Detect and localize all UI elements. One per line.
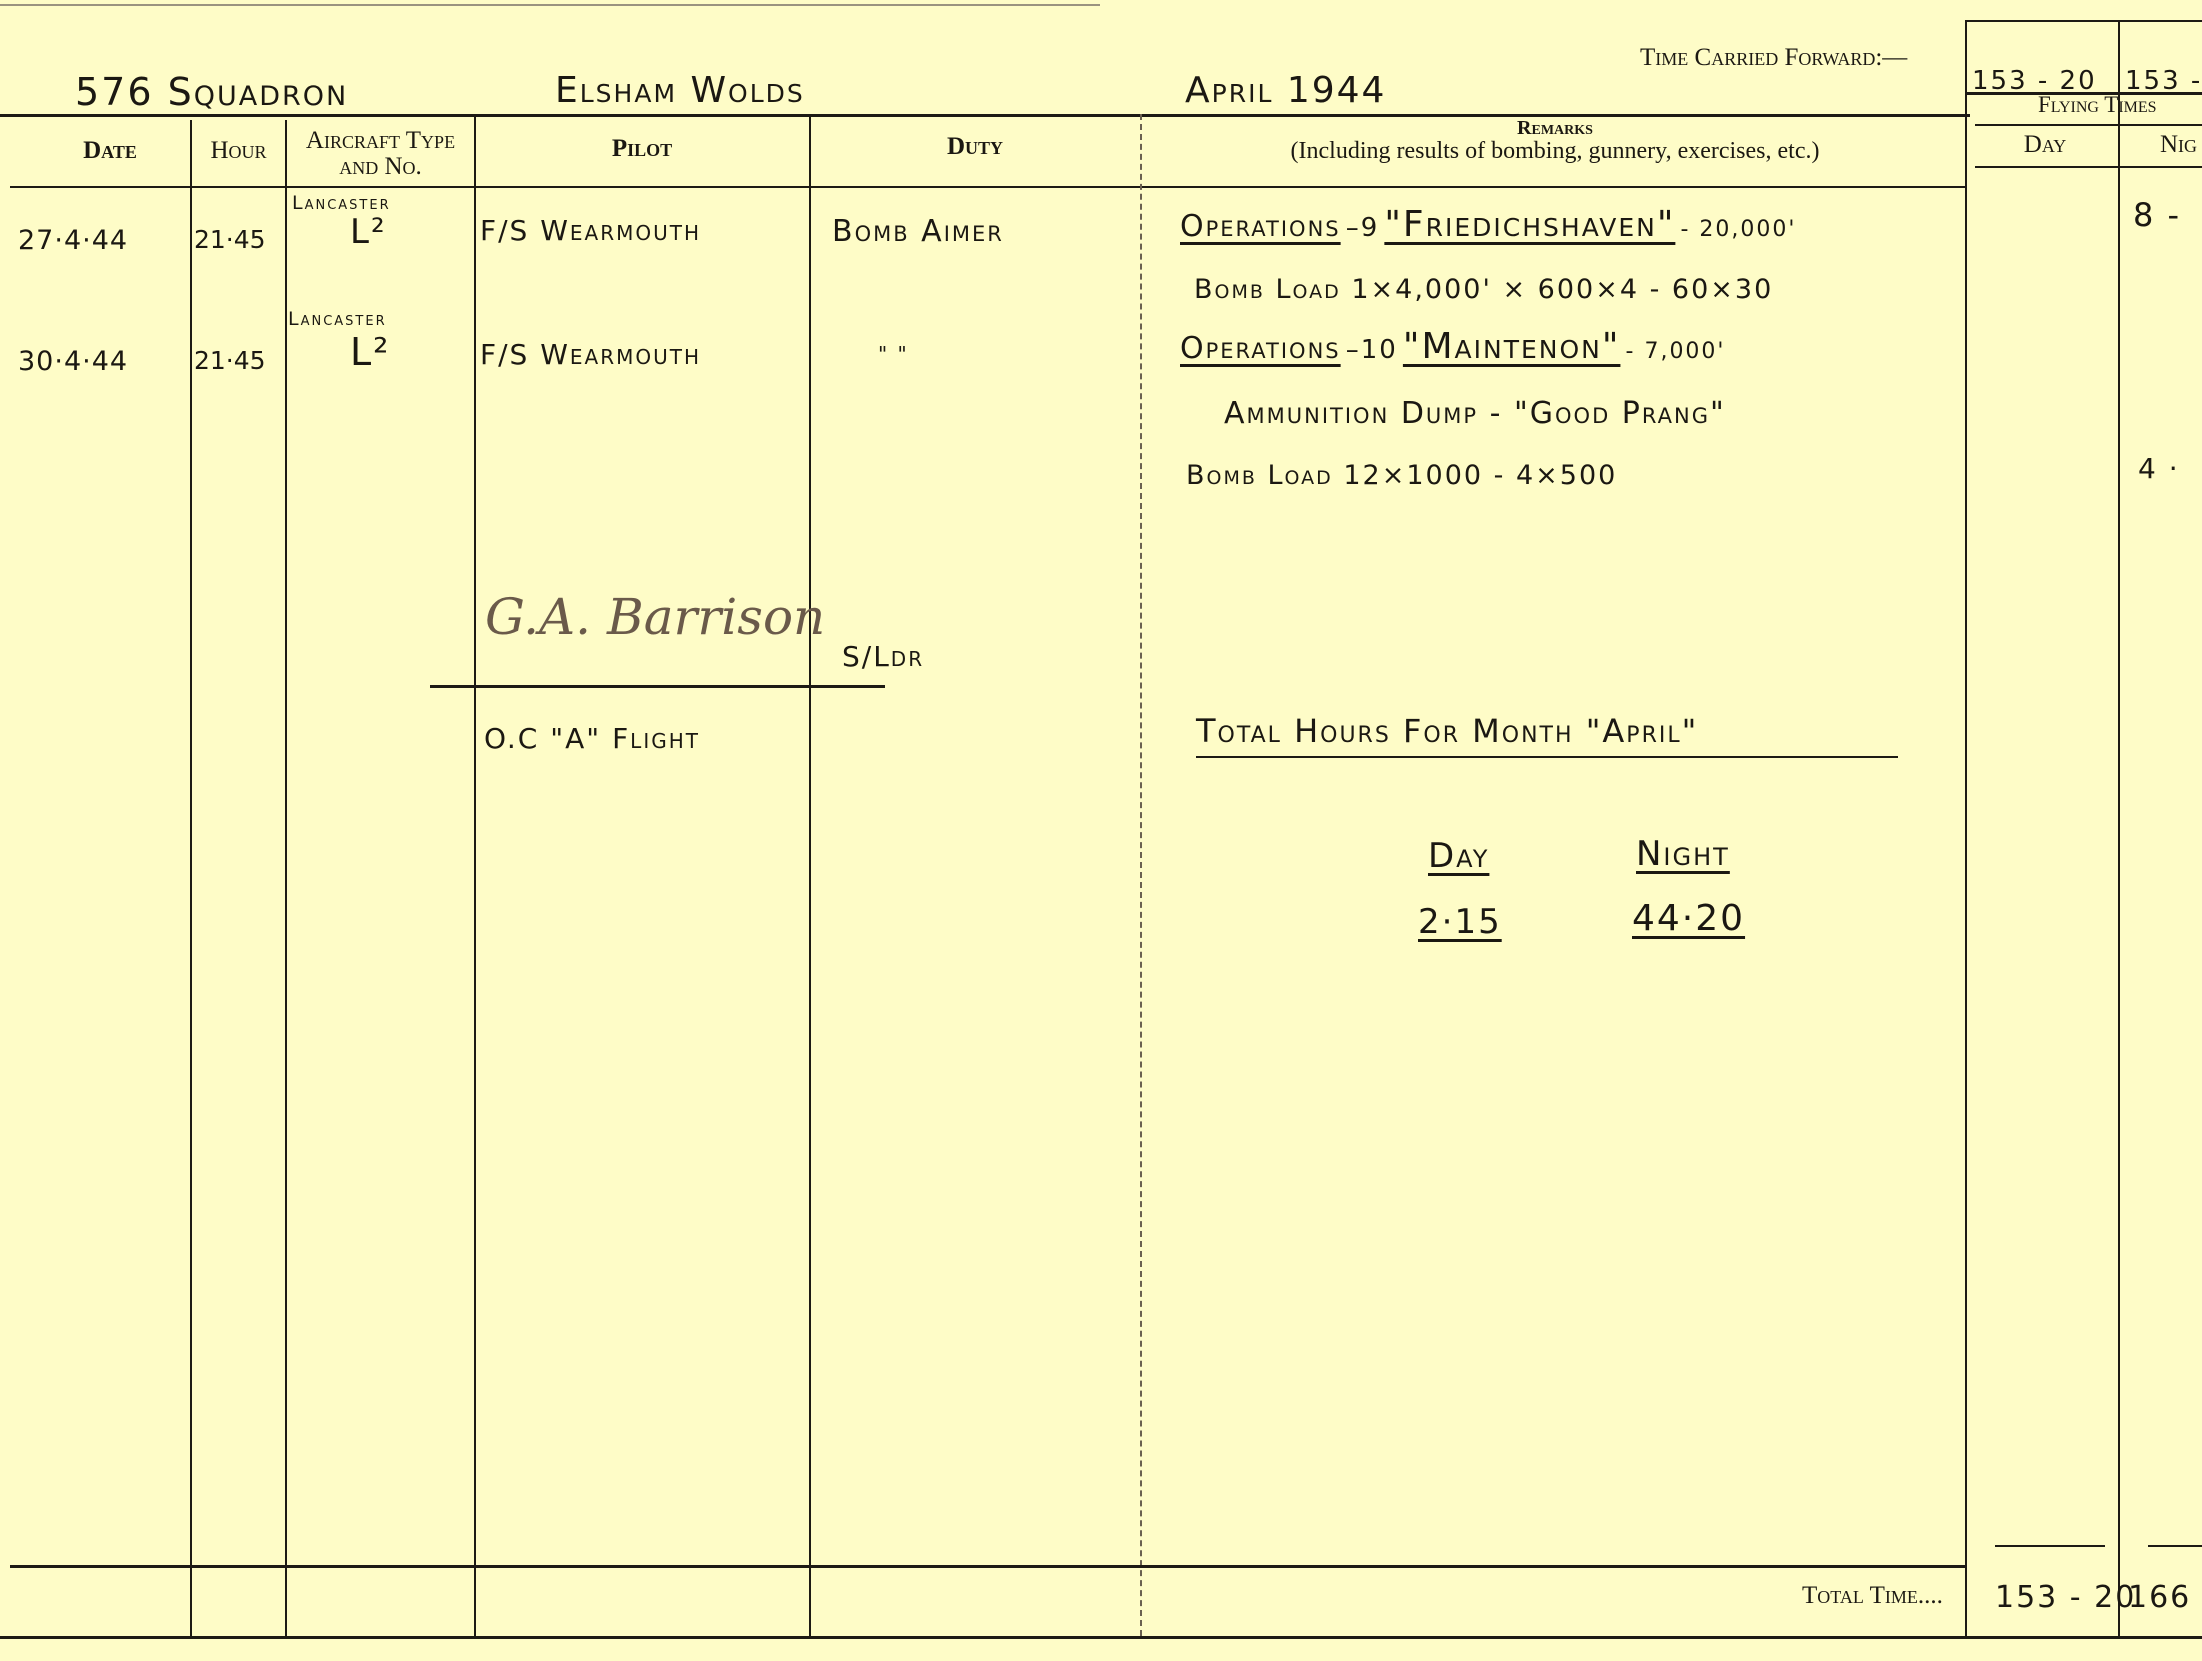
page-bottom-line: [0, 1636, 2202, 1639]
entry-remark-operation: Operations –9 "Friedichshaven" - 20,000': [1180, 204, 1796, 245]
time-carried-forward-label: Time Carried Forward:—: [1640, 44, 1907, 72]
column-rule-aircraft: [474, 114, 476, 1636]
entry-aircraft-type: Lancaster: [288, 308, 387, 330]
signature-line: [430, 685, 885, 688]
entry-remark-bomb-load: Bomb Load 1×4,000' × 600×4 - 60×30: [1194, 274, 1773, 305]
entry-duty: Bomb Aimer: [832, 214, 1004, 249]
column-rule-date: [190, 120, 192, 1636]
entry-pilot: F/S Wearmouth: [480, 214, 701, 247]
entry-night-time: 4 ·: [2138, 452, 2180, 485]
entry-hour: 21·45: [194, 346, 266, 375]
column-header-day: Day: [1975, 132, 2115, 158]
column-header-aircraft: Aircraft Type and No.: [288, 128, 473, 181]
total-time-day: 153 - 20: [1995, 1580, 2136, 1615]
monthly-totals-label: Total Hours For Month "April": [1196, 712, 1698, 750]
remark-target: "Friedichshaven": [1384, 204, 1675, 245]
day-total-underline: [1995, 1545, 2105, 1547]
remark-operations-prefix: Operations: [1180, 331, 1341, 366]
monthly-night-label: Night: [1636, 834, 1730, 874]
entry-duty-ditto: " ": [878, 342, 909, 366]
night-total-underline: [2148, 1545, 2202, 1547]
column-header-remarks: Remarks: [1150, 118, 1960, 139]
page-edge-line: [0, 4, 1100, 6]
remark-target: "Maintenon": [1403, 326, 1621, 367]
flying-times-header: Flying Times: [2038, 92, 2157, 118]
entry-aircraft-no: L²: [350, 212, 387, 252]
flying-times-header-underline: [1975, 166, 2202, 168]
squadron-label: 576 Squadron: [75, 70, 348, 114]
header-underline: [10, 186, 1965, 188]
signature-rank: S/Ldr: [842, 640, 924, 673]
entry-hour: 21·45: [194, 225, 266, 254]
totals-separator-line: [10, 1565, 1965, 1568]
heading-line: [0, 114, 1970, 117]
column-rule-hour: [285, 120, 287, 1636]
remark-operation-number: –9: [1346, 213, 1380, 243]
entry-date: 27·4·44: [18, 225, 128, 256]
entry-aircraft-type: Lancaster: [292, 192, 391, 214]
column-header-duty: Duty: [810, 134, 1140, 160]
column-header-hour: Hour: [192, 138, 285, 164]
column-header-date: Date: [20, 138, 200, 164]
column-header-night: Nig: [2120, 132, 2202, 158]
entry-remark-operation: Operations –10 "Maintenon" - 7,000': [1180, 326, 1725, 367]
remark-altitude: - 20,000': [1680, 217, 1796, 242]
column-rule-duty: [1140, 114, 1142, 1636]
entry-remark-bomb-load: Bomb Load 12×1000 - 4×500: [1186, 460, 1617, 491]
remark-operations-prefix: Operations: [1180, 209, 1341, 244]
monthly-day-label: Day: [1428, 836, 1489, 876]
monthly-night-value: 44·20: [1632, 898, 1745, 939]
entry-date: 30·4·44: [18, 346, 128, 377]
column-rule-remarks: [1965, 20, 1967, 1636]
entry-remark-target-detail: Ammunition Dump - "Good Prang": [1224, 396, 1726, 431]
commander-signature: G.A. Barrison: [485, 588, 825, 646]
column-rule-pilot: [809, 114, 811, 1636]
total-time-night: 166: [2128, 1580, 2191, 1615]
carried-forward-box-top: [1965, 20, 2202, 22]
entry-aircraft-no: L²: [350, 330, 390, 374]
entry-pilot: F/S Wearmouth: [480, 338, 701, 371]
monthly-totals-underline: [1196, 756, 1898, 758]
entry-night-time: 8 -: [2133, 196, 2181, 234]
remark-operation-number: –10: [1346, 335, 1398, 365]
column-header-pilot: Pilot: [477, 136, 807, 162]
month-label: April 1944: [1185, 70, 1386, 111]
flying-times-underline: [1975, 124, 2202, 126]
monthly-day-value: 2·15: [1418, 902, 1502, 942]
total-time-label: Total Time....: [1802, 1582, 1943, 1610]
remark-altitude: - 7,000': [1626, 339, 1726, 364]
column-header-remarks-subtitle: (Including results of bombing, gunnery, …: [1150, 138, 1960, 165]
station-label: Elsham Wolds: [555, 70, 805, 111]
column-rule-day: [2118, 20, 2120, 1636]
signature-title: O.C "A" Flight: [484, 722, 700, 755]
